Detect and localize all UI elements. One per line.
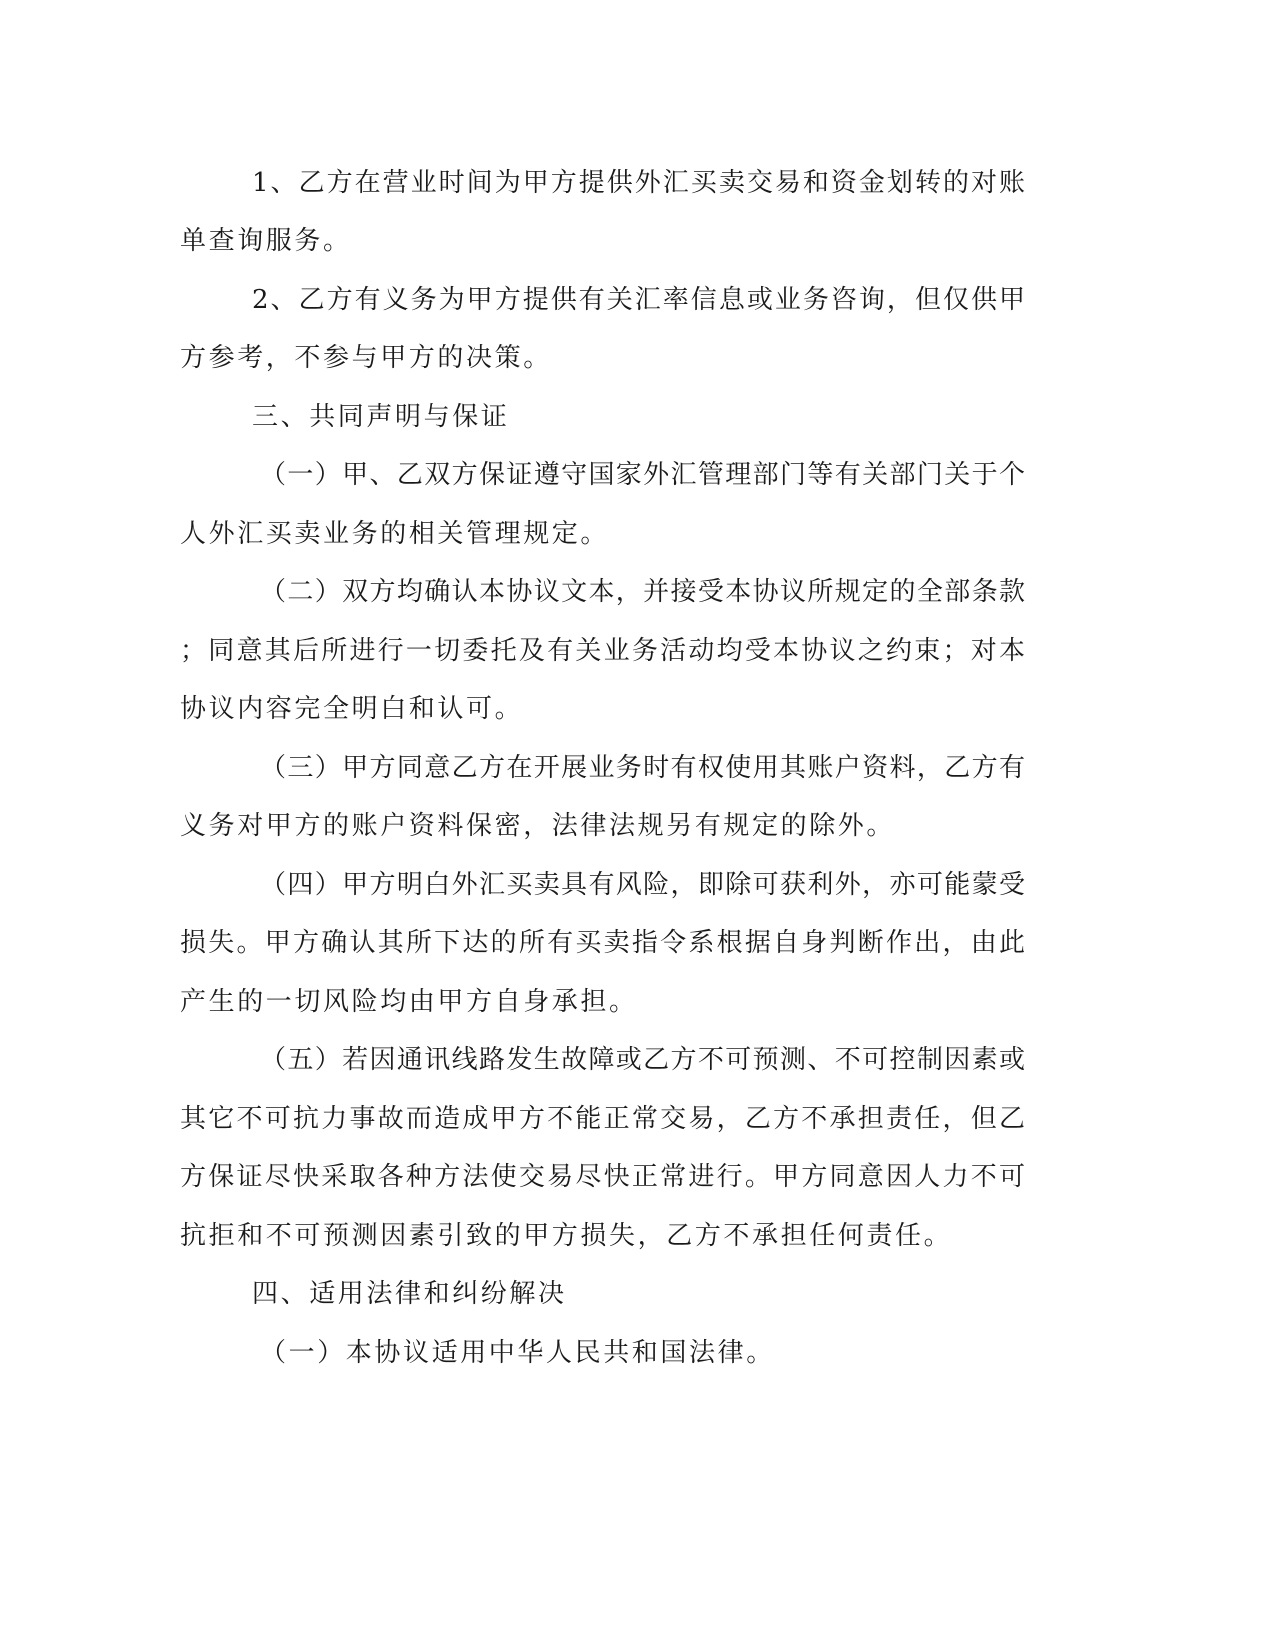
text-line: 抗拒和不可预测因素引致的甲方损失，乙方不承担任何责任。 (180, 1218, 952, 1254)
section-heading: 四、适用法律和纠纷解决 (252, 1276, 567, 1312)
text-line: 人外汇买卖业务的相关管理规定。 (180, 516, 609, 552)
text-line: （一）本协议适用中华人民共和国法律。 (260, 1335, 775, 1371)
text-line: （四）甲方明白外汇买卖具有风险，即除可获利外，亦可能蒙受 (260, 867, 1025, 903)
text-line: 1、乙方在营业时间为甲方提供外汇买卖交易和资金划转的对账 (252, 165, 1025, 201)
text-line: 产生的一切风险均由甲方自身承担。 (180, 984, 638, 1020)
text-line: （五）若因通讯线路发生故障或乙方不可预测、不可控制因素或 (260, 1042, 1025, 1078)
section-heading: 三、共同声明与保证 (252, 399, 509, 435)
text-line: 方参考，不参与甲方的决策。 (180, 340, 552, 376)
text-line: （三）甲方同意乙方在开展业务时有权使用其账户资料，乙方有 (260, 750, 1025, 786)
text-line: 2、乙方有义务为甲方提供有关汇率信息或业务咨询，但仅供甲 (252, 282, 1025, 318)
text-line: 义务对甲方的账户资料保密，法律法规另有规定的除外。 (180, 808, 895, 844)
text-line: ；同意其后所进行一切委托及有关业务活动均受本协议之约束；对本 (180, 633, 1025, 669)
text-line: （一）甲、乙双方保证遵守国家外汇管理部门等有关部门关于个 (260, 457, 1025, 493)
text-line: 单查询服务。 (180, 223, 352, 259)
text-line: 损失。甲方确认其所下达的所有买卖指令系根据自身判断作出，由此 (180, 925, 1025, 961)
text-line: 协议内容完全明白和认可。 (180, 691, 523, 727)
text-line: 方保证尽快采取各种方法使交易尽快正常进行。甲方同意因人力不可 (180, 1159, 1025, 1195)
text-line: 其它不可抗力事故而造成甲方不能正常交易，乙方不承担责任，但乙 (180, 1101, 1025, 1137)
text-line: （二）双方均确认本协议文本，并接受本协议所规定的全部条款 (260, 574, 1025, 610)
